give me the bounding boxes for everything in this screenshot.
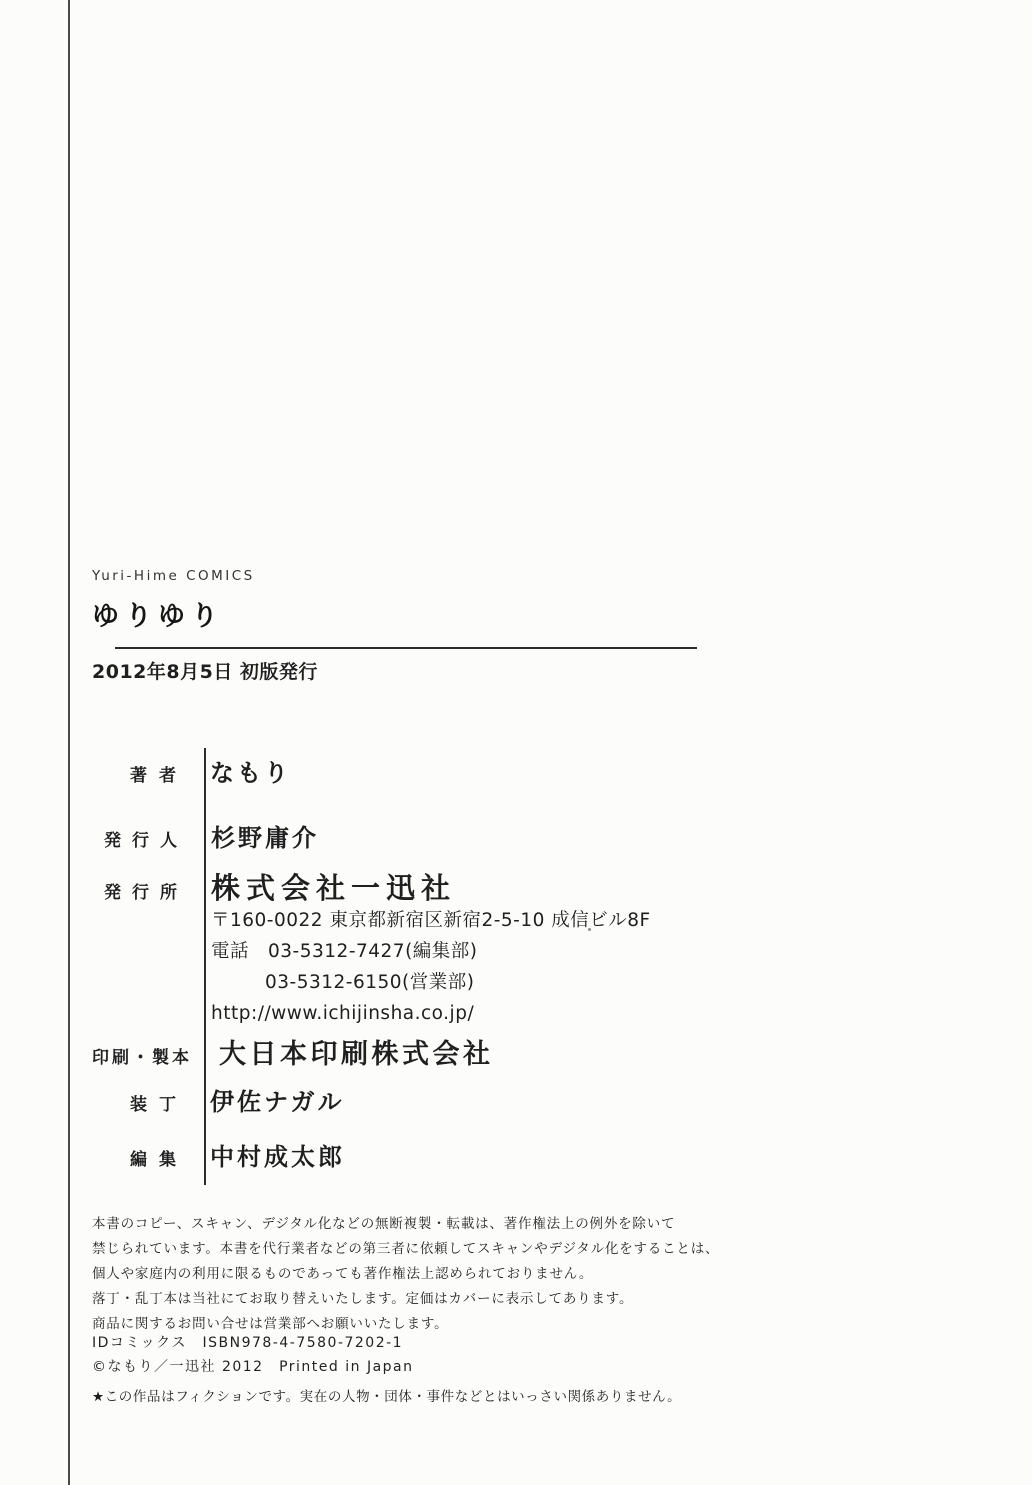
book-title: ゆりゆり xyxy=(92,600,952,634)
printing-label: 印刷・製本 xyxy=(92,1044,188,1072)
phone-editorial: 03-5312-7427(編集部) xyxy=(268,941,478,962)
phone-label: 電話 xyxy=(211,936,249,967)
publisher-company-name: 株式会社一迅社 xyxy=(211,873,651,903)
printing-company: 大日本印刷株式会社 xyxy=(219,1040,494,1070)
credit-row-publisher-person: 発行人 杉野庸介 xyxy=(92,824,952,855)
credit-row-author: 著者 なもり xyxy=(92,759,952,790)
credits-table: 著者 なもり 発行人 杉野庸介 発行所 株式会社一迅社 〒160-0022 東京… xyxy=(92,745,952,1205)
designer-name: 伊佐ナガル xyxy=(210,1088,345,1116)
design-label: 装丁 xyxy=(92,1091,188,1119)
publisher-details: 〒160-0022 東京都新宿区新宿2-5-10 成信ビル8F 電話03-531… xyxy=(211,905,651,1029)
copyright-line: ©なもり／一迅社 2012 Printed in Japan xyxy=(92,1355,992,1379)
publisher-label: 発行所 xyxy=(92,879,188,907)
publisher-address: 〒160-0022 東京都新宿区新宿2-5-10 成信ビル8F xyxy=(211,905,651,936)
publisher-person-name: 杉野庸介 xyxy=(211,824,319,852)
credit-row-design: 装丁 伊佐ナガル xyxy=(92,1088,952,1119)
title-rule xyxy=(115,647,697,649)
credit-row-printing: 印刷・製本 大日本印刷株式会社 xyxy=(92,1040,952,1072)
header: Yuri-Hime COMICS ゆりゆり 2012年8月5日 初版発行 xyxy=(92,566,952,684)
publisher-website: http://www.ichijinsha.co.jp/ xyxy=(211,998,651,1029)
fiction-disclaimer: ★この作品はフィクションです。実在の人物・団体・事件などとはいっさい関係ありませ… xyxy=(92,1385,992,1409)
credit-row-publisher: 発行所 株式会社一迅社 〒160-0022 東京都新宿区新宿2-5-10 成信ビ… xyxy=(92,873,952,1029)
legal-line: 禁じられています。本書を代行業者などの第三者に依頼してスキャンやデジタル化をする… xyxy=(92,1237,992,1262)
editor-name: 中村成太郎 xyxy=(210,1143,345,1171)
series-label: Yuri-Hime COMICS xyxy=(92,566,952,586)
legal-line: 個人や家庭内の利用に限るものであっても著作権法上認められておりません。 xyxy=(92,1262,992,1287)
author-label: 著者 xyxy=(92,762,188,790)
legal-line: 本書のコピー、スキャン、デジタル化などの無断複製・転載は、著作権法上の例外を除い… xyxy=(92,1212,992,1237)
editor-label: 編集 xyxy=(92,1146,188,1174)
legal-notice: 本書のコピー、スキャン、デジタル化などの無断複製・転載は、著作権法上の例外を除い… xyxy=(92,1212,992,1337)
publisher-phone-editorial-line: 電話03-5312-7427(編集部) xyxy=(211,936,651,967)
publisher-company: 株式会社一迅社 〒160-0022 東京都新宿区新宿2-5-10 成信ビル8F … xyxy=(211,873,651,1029)
imprint-block: IDコミックス ISBN978-4-7580-7202-1 ©なもり／一迅社 2… xyxy=(92,1331,992,1379)
isbn-line: IDコミックス ISBN978-4-7580-7202-1 xyxy=(92,1331,992,1355)
page-spine-line xyxy=(68,0,70,1485)
colophon-page: Yuri-Hime COMICS ゆりゆり 2012年8月5日 初版発行 著者 … xyxy=(0,0,1032,1485)
phone-sales: 03-5312-6150(営業部) xyxy=(211,967,651,998)
author-name: なもり xyxy=(210,759,291,787)
print-date: 2012年8月5日 初版発行 xyxy=(92,660,952,684)
legal-line: 落丁・乱丁本は当社にてお取り替えいたします。定価はカバーに表示してあります。 xyxy=(92,1287,992,1312)
publisher-person-label: 発行人 xyxy=(92,827,188,855)
credit-row-editor: 編集 中村成太郎 xyxy=(92,1143,952,1174)
